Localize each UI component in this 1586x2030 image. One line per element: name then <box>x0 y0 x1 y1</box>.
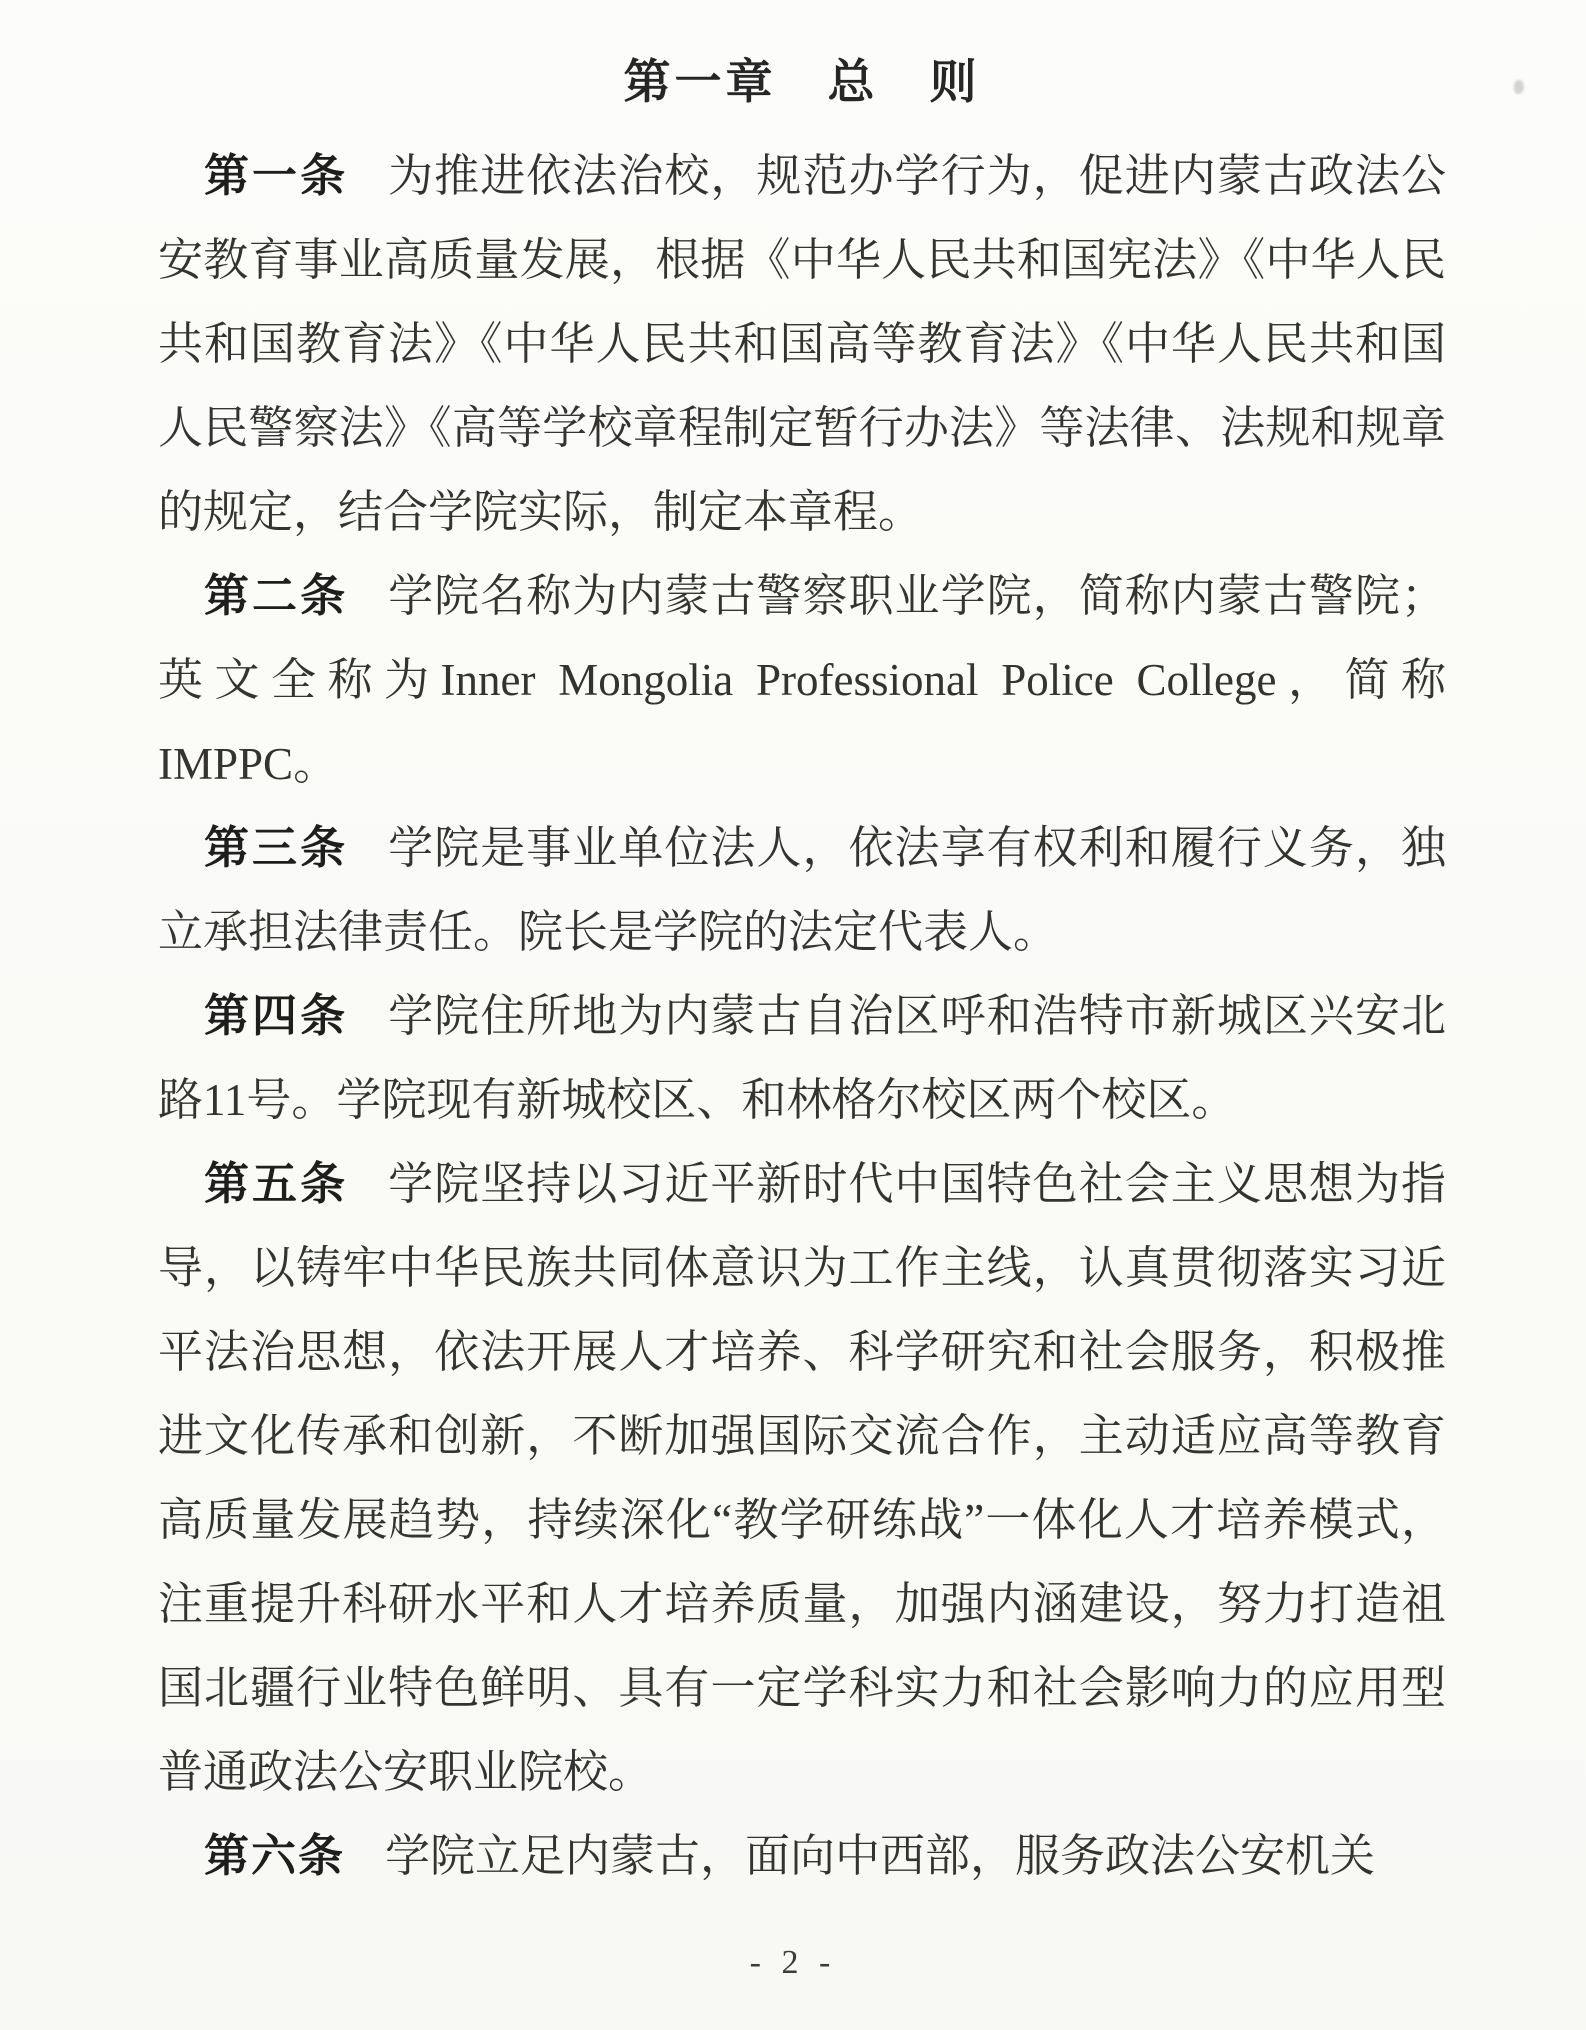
article-paragraph-1: 第一条为推进依法治校，规范办学行为，促进内蒙古政法公安教育事业高质量发展，根据《… <box>158 134 1446 554</box>
article-paragraph-3: 第三条学院是事业单位法人，依法享有权利和履行义务，独立承担法律责任。院长是学院的… <box>158 806 1446 974</box>
article-paragraph-6: 第六条学院立足内蒙古，面向中西部，服务政法公安机关 <box>158 1814 1446 1898</box>
article-text: 学院住所地为内蒙古自治区呼和浩特市新城区兴安北路11号。学院现有新城校区、和林格… <box>158 991 1446 1125</box>
article-label: 第三条 <box>204 822 348 873</box>
article-paragraph-5: 第五条学院坚持以习近平新时代中国特色社会主义思想为指导，以铸牢中华民族共同体意识… <box>158 1142 1446 1814</box>
chapter-title: 第一章 总 则 <box>158 46 1446 118</box>
article-paragraph-2: 第二条学院名称为内蒙古警察职业学院，简称内蒙古警院；英文全称为Inner Mon… <box>158 554 1446 806</box>
article-text: 学院坚持以习近平新时代中国特色社会主义思想为指导，以铸牢中华民族共同体意识为工作… <box>158 1159 1446 1797</box>
article-text: 为推进依法治校，规范办学行为，促进内蒙古政法公安教育事业高质量发展，根据《中华人… <box>158 151 1446 537</box>
article-label: 第四条 <box>204 990 348 1041</box>
article-label: 第一条 <box>204 150 348 201</box>
article-paragraph-4: 第四条学院住所地为内蒙古自治区呼和浩特市新城区兴安北路11号。学院现有新城校区、… <box>158 974 1446 1142</box>
article-text: 学院名称为内蒙古警察职业学院，简称内蒙古警院；英文全称为Inner Mongol… <box>158 571 1446 789</box>
page-number: - 2 - <box>750 1944 837 1981</box>
document-page: 第一章 总 则 第一条为推进依法治校，规范办学行为，促进内蒙古政法公安教育事业高… <box>0 0 1586 2030</box>
document-body: 第一条为推进依法治校，规范办学行为，促进内蒙古政法公安教育事业高质量发展，根据《… <box>158 134 1446 1898</box>
article-label: 第五条 <box>204 1158 348 1209</box>
scan-artifact-dot <box>1514 80 1524 94</box>
article-label: 第二条 <box>204 570 348 621</box>
page-footer: - 2 - <box>0 1944 1586 1982</box>
article-text: 学院是事业单位法人，依法享有权利和履行义务，独立承担法律责任。院长是学院的法定代… <box>158 823 1446 957</box>
article-label: 第六条 <box>204 1830 345 1881</box>
article-text: 学院立足内蒙古，面向中西部，服务政法公安机关 <box>385 1831 1375 1881</box>
